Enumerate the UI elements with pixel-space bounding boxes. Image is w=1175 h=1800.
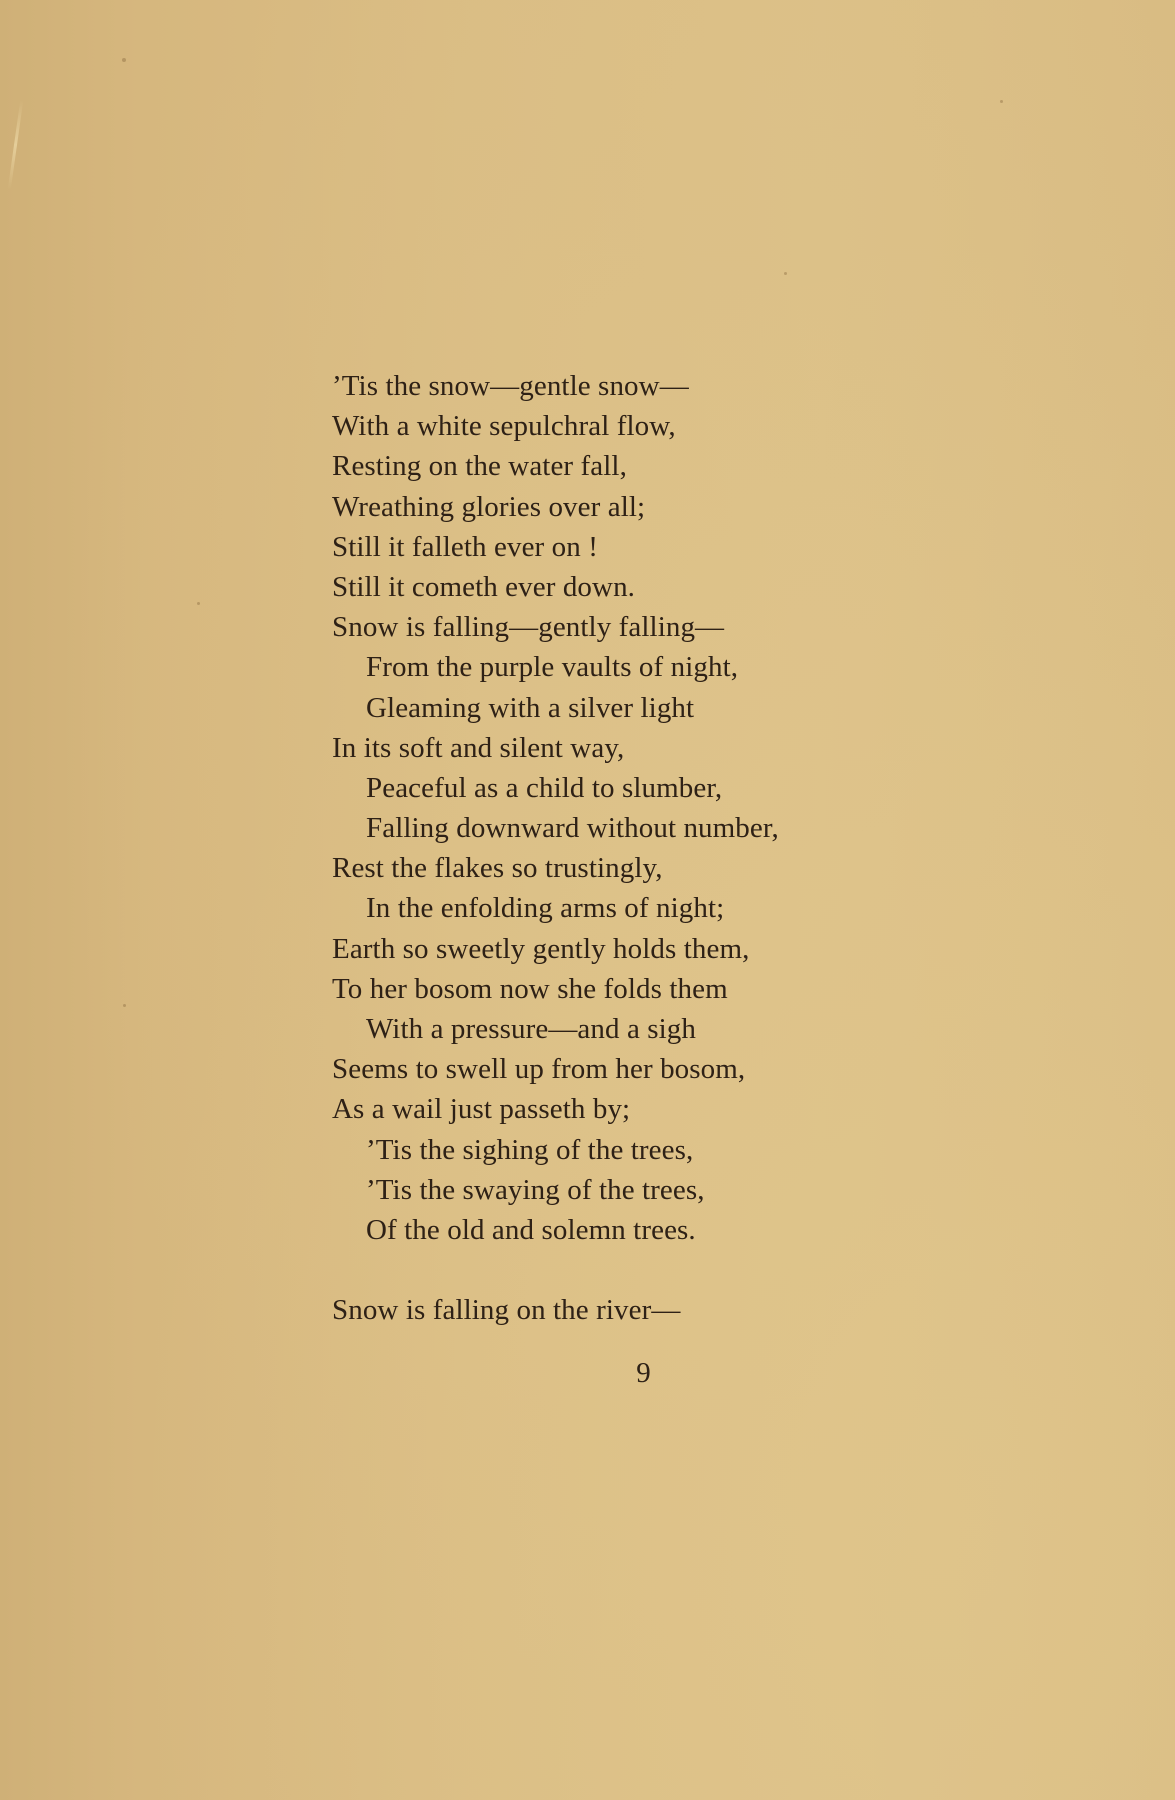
paper-speck [784, 272, 787, 275]
poem-line: Wreathing glories over all; [332, 487, 892, 527]
poem-line: In its soft and silent way, [332, 728, 892, 768]
poem-line: Peaceful as a child to slumber, [332, 768, 892, 808]
paper-speck [123, 1004, 126, 1007]
poem-line: Falling downward without number, [332, 808, 892, 848]
paper-speck [1000, 100, 1003, 103]
page-number: 9 [0, 1357, 1175, 1390]
poem-line: Still it falleth ever on ! [332, 527, 892, 567]
poem-line: To her bosom now she folds them [332, 969, 892, 1009]
poem-line: In the enfolding arms of night; [332, 888, 892, 928]
poem-line: Rest the flakes so trustingly, [332, 848, 892, 888]
poem-line: ’Tis the swaying of the trees, [332, 1170, 892, 1210]
paper-speck [122, 58, 126, 62]
paper-speck [197, 602, 200, 605]
stanza-break [332, 1250, 892, 1290]
poem-line: Snow is falling—gently falling— [332, 607, 892, 647]
poem-line: Gleaming with a silver light [332, 688, 892, 728]
poem-line: As a wail just passeth by; [332, 1089, 892, 1129]
poem-line: Resting on the water fall, [332, 446, 892, 486]
poem-text: ’Tis the snow—gentle snow—With a white s… [332, 366, 892, 1330]
paper-crease [8, 100, 23, 190]
book-page: ’Tis the snow—gentle snow—With a white s… [0, 0, 1175, 1800]
poem-line: Still it cometh ever down. [332, 567, 892, 607]
poem-line: Earth so sweetly gently holds them, [332, 929, 892, 969]
poem-line: ’Tis the snow—gentle snow— [332, 366, 892, 406]
stanza: Snow is falling on the river— [332, 1290, 892, 1330]
poem-line: Of the old and solemn trees. [332, 1210, 892, 1250]
stanza: ’Tis the snow—gentle snow—With a white s… [332, 366, 892, 1250]
poem-line: With a pressure—and a sigh [332, 1009, 892, 1049]
poem-line: From the purple vaults of night, [332, 647, 892, 687]
poem-line: With a white sepulchral flow, [332, 406, 892, 446]
poem-line: Seems to swell up from her bosom, [332, 1049, 892, 1089]
poem-line: Snow is falling on the river— [332, 1290, 892, 1330]
poem-line: ’Tis the sighing of the trees, [332, 1130, 892, 1170]
